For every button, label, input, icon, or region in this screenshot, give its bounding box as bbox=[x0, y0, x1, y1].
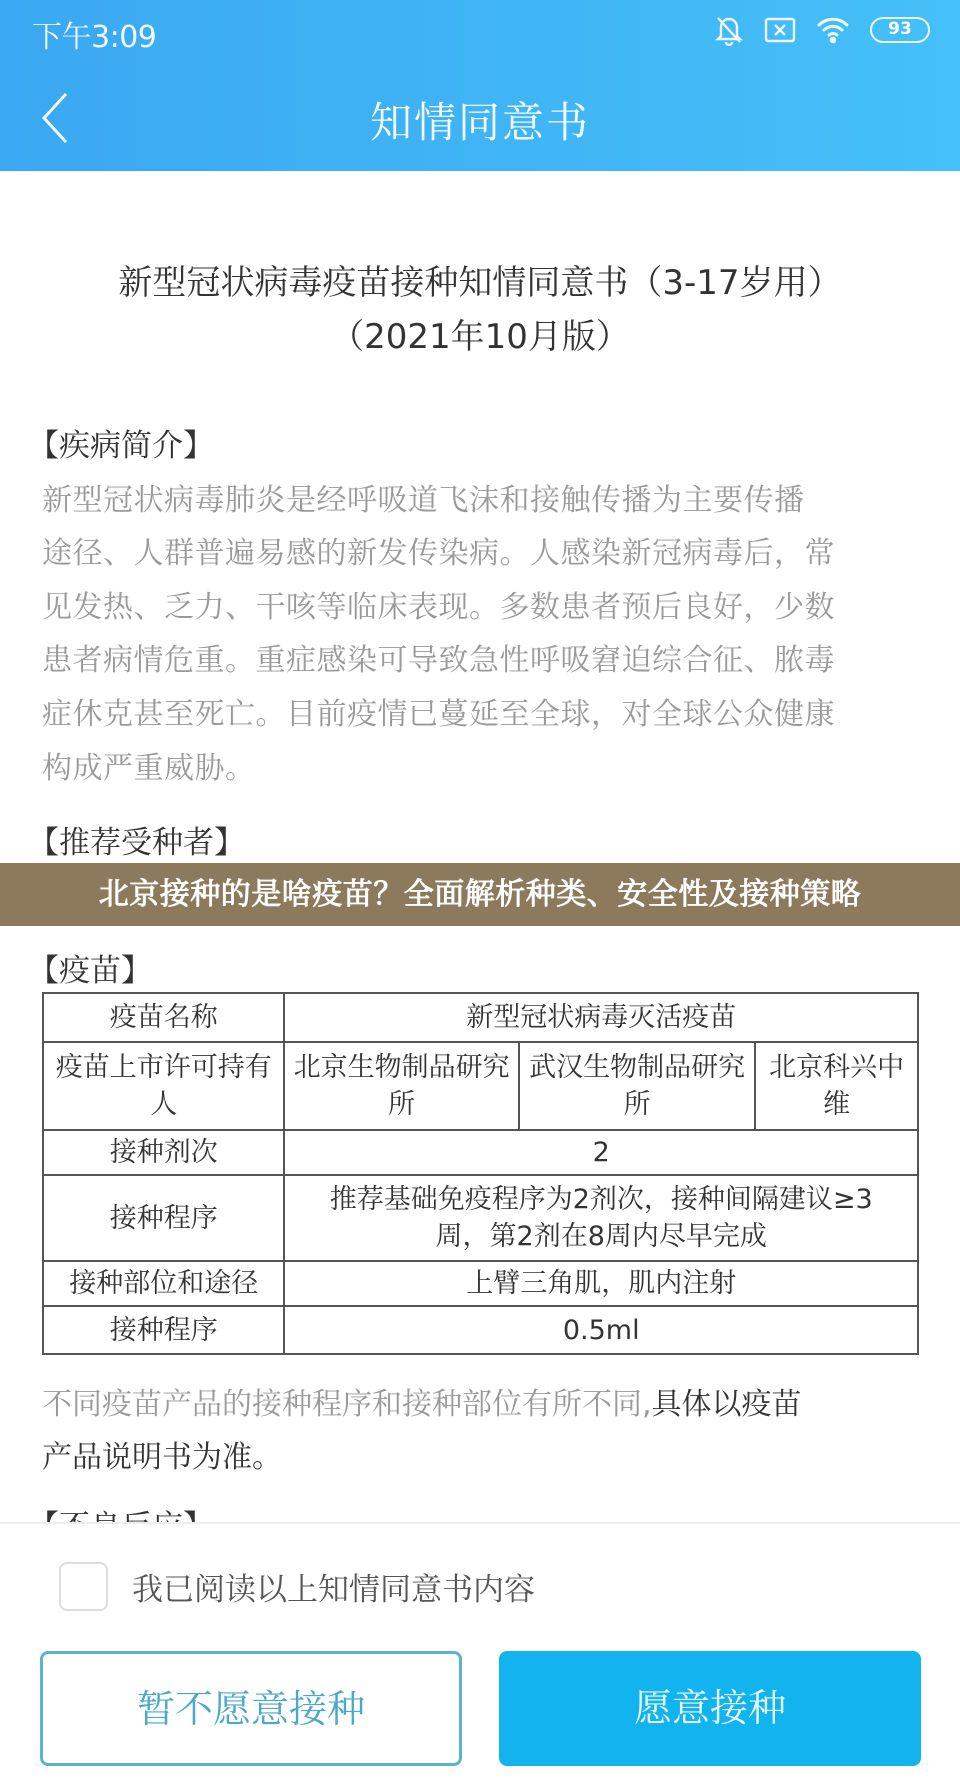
section-heading-disease: 【疾病简介】 bbox=[28, 420, 214, 465]
section-heading-vaccine: 【疫苗】 bbox=[28, 945, 152, 990]
consent-footer: 我已阅读以上知情同意书内容 暂不愿意接种 愿意接种 bbox=[0, 1522, 960, 1787]
disease-text-line: 构成严重威胁。 bbox=[42, 743, 256, 787]
disease-text-line: 患者病情危重。重症感染可导致急性呼吸窘迫综合征、脓毒 bbox=[42, 635, 835, 679]
note-dark-text: 具体以疫苗 bbox=[652, 1387, 802, 1422]
holder-cell: 北京生物制品研究所 bbox=[284, 1042, 518, 1130]
note-line: 不同疫苗产品的接种程序和接种部位有所不同,具体以疫苗 bbox=[42, 1379, 802, 1423]
table-row: 疫苗上市许可持有人 北京生物制品研究所 武汉生物制品研究所 北京科兴中维 bbox=[43, 1042, 918, 1130]
sim-x-icon bbox=[764, 16, 796, 44]
document-version: （2021年10月版） bbox=[0, 309, 960, 358]
document-title: 新型冠状病毒疫苗接种知情同意书（3-17岁用） bbox=[0, 255, 960, 304]
consent-document[interactable]: 新型冠状病毒疫苗接种知情同意书（3-17岁用） （2021年10月版） 【疾病简… bbox=[0, 171, 960, 1522]
row-label: 接种程序 bbox=[43, 1306, 284, 1354]
disease-text-line: 新型冠状病毒肺炎是经呼吸道飞沫和接触传播为主要传播 bbox=[42, 475, 805, 519]
table-row: 接种程序 推荐基础免疫程序为2剂次，接种间隔建议≥3周，第2剂在8周内尽早完成 bbox=[43, 1175, 918, 1261]
table-row: 疫苗名称 新型冠状病毒灭活疫苗 bbox=[43, 993, 918, 1042]
overlay-caption-banner: 北京接种的是啥疫苗？全面解析种类、安全性及接种策略 bbox=[0, 863, 960, 926]
vaccine-table: 疫苗名称 新型冠状病毒灭活疫苗 疫苗上市许可持有人 北京生物制品研究所 武汉生物… bbox=[42, 992, 919, 1355]
status-bar: 下午3:09 bbox=[0, 0, 960, 62]
bell-off-icon bbox=[714, 14, 744, 46]
read-confirm-checkbox-row[interactable]: 我已阅读以上知情同意书内容 bbox=[59, 1562, 535, 1611]
table-row: 接种程序 0.5ml bbox=[43, 1306, 918, 1354]
read-confirm-label[interactable]: 我已阅读以上知情同意书内容 bbox=[132, 1564, 535, 1609]
row-label: 接种程序 bbox=[43, 1175, 284, 1261]
row-value: 新型冠状病毒灭活疫苗 bbox=[284, 993, 918, 1042]
holder-cell: 北京科兴中维 bbox=[755, 1042, 918, 1130]
row-label: 疫苗名称 bbox=[43, 993, 284, 1042]
status-time: 下午3:09 bbox=[32, 12, 156, 56]
holder-cell: 武汉生物制品研究所 bbox=[519, 1042, 755, 1130]
note-gray-text: 不同疫苗产品的接种程序和接种部位有所不同, bbox=[42, 1387, 652, 1422]
disease-text-line: 症休克甚至死亡。目前疫情已蔓延至全球，对全球公众健康 bbox=[42, 689, 835, 733]
row-label: 接种部位和途径 bbox=[43, 1261, 284, 1306]
row-value: 上臂三角肌，肌内注射 bbox=[284, 1261, 918, 1306]
nav-bar: 知情同意书 bbox=[0, 70, 960, 160]
disease-text-line: 途径、人群普遍易感的新发传染病。人感染新冠病毒后，常 bbox=[42, 528, 835, 572]
battery-icon: 93 bbox=[870, 17, 930, 43]
section-heading-adverse-partial: 【不良反应】 bbox=[28, 1501, 214, 1522]
wifi-icon bbox=[816, 16, 850, 44]
row-label: 疫苗上市许可持有人 bbox=[43, 1042, 284, 1130]
table-row: 接种部位和途径 上臂三角肌，肌内注射 bbox=[43, 1261, 918, 1306]
accept-vaccination-button[interactable]: 愿意接种 bbox=[499, 1651, 921, 1766]
row-value: 2 bbox=[284, 1130, 918, 1175]
row-value: 推荐基础免疫程序为2剂次，接种间隔建议≥3周，第2剂在8周内尽早完成 bbox=[284, 1175, 918, 1261]
table-row: 接种剂次 2 bbox=[43, 1130, 918, 1175]
note-line: 产品说明书为准。 bbox=[42, 1432, 282, 1476]
row-label: 接种剂次 bbox=[43, 1130, 284, 1175]
row-value: 0.5ml bbox=[284, 1306, 918, 1354]
page-title: 知情同意书 bbox=[0, 90, 960, 150]
status-icons: 93 bbox=[714, 14, 930, 46]
app-header: 下午3:09 bbox=[0, 0, 960, 171]
read-confirm-checkbox[interactable] bbox=[59, 1562, 108, 1611]
section-heading-recommended: 【推荐受种者】 bbox=[28, 817, 245, 862]
disease-text-line: 见发热、乏力、干咳等临床表现。多数患者预后良好，少数 bbox=[42, 582, 835, 626]
decline-vaccination-button[interactable]: 暂不愿意接种 bbox=[40, 1651, 462, 1766]
